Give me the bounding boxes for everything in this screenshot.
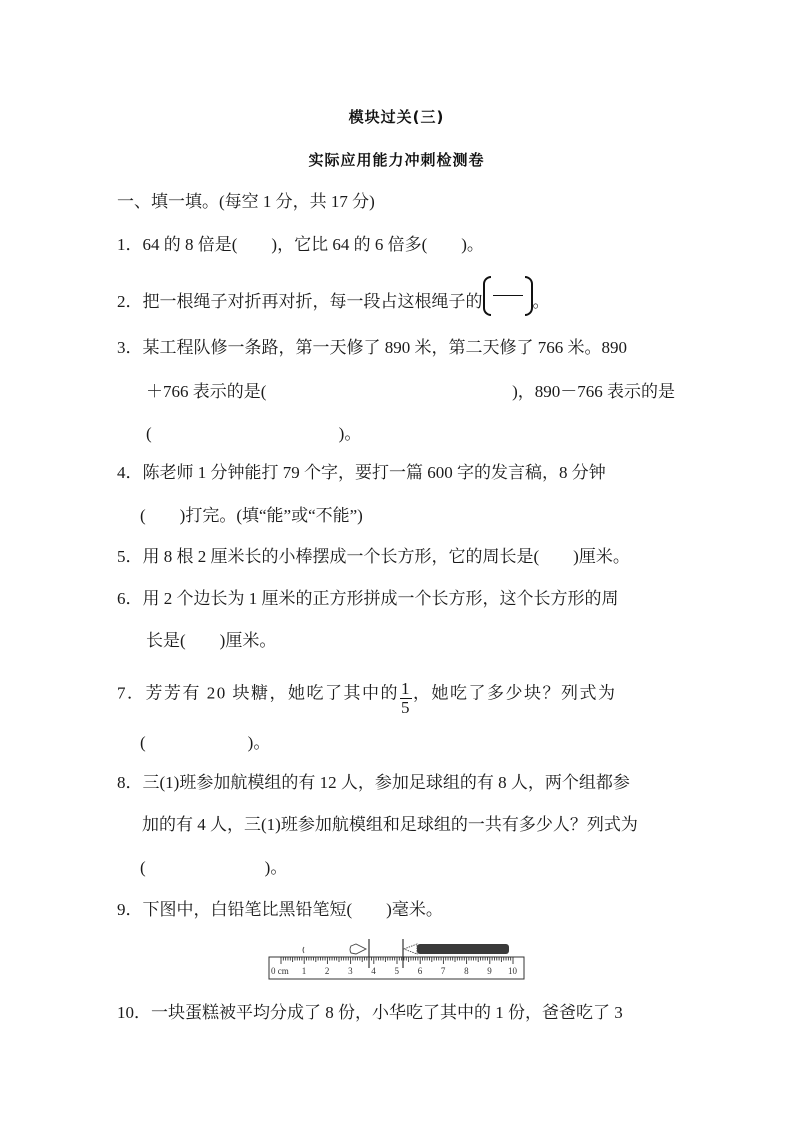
- question-number: 3．: [117, 337, 143, 359]
- question-9: 9．下图中，白铅笔比黑铅笔短( )毫米。: [117, 899, 443, 921]
- question-7-line-1: 7．芳芳有 20 块糖，她吃了其中的15，她吃了多少块？列式为: [117, 676, 617, 713]
- ruler-figure: 0 cm12345678910: [268, 938, 526, 980]
- question-text: ，她吃了多少块？列式为: [413, 683, 617, 702]
- right-paren-icon: [525, 276, 533, 316]
- question-3-line-3: ( )。: [146, 423, 361, 445]
- question-text: 芳芳有 20 块糖，她吃了其中的: [146, 683, 400, 702]
- question-1: 1．64 的 8 倍是( )，它比 64 的 6 倍多( )。: [117, 234, 484, 256]
- svg-text:0 cm: 0 cm: [271, 966, 289, 976]
- question-number: 10．: [117, 1003, 151, 1022]
- svg-text:6: 6: [418, 966, 423, 976]
- question-number: 6．: [117, 589, 143, 608]
- left-paren-icon: [483, 276, 491, 316]
- question-text: 一块蛋糕被平均分成了 8 份，小华吃了其中的 1 份，爸爸吃了 3: [151, 1003, 623, 1022]
- question-number: 9．: [117, 900, 143, 919]
- question-text-end: 。: [533, 292, 550, 311]
- page-title: 模块过关(三): [0, 106, 793, 127]
- question-3-line-2: ＋766 表示的是( )，890－766 表示的是: [146, 381, 675, 403]
- question-6-line-2: 长是( )厘米。: [146, 630, 276, 652]
- question-text: ＋766 表示的是(: [146, 381, 266, 403]
- fraction-one-fifth: 15: [400, 680, 412, 717]
- question-8-line-2: 加的有 4 人，三(1)班参加航模组和足球组的一共有多少人？列式为: [142, 814, 638, 836]
- question-3-line-1: 3．某工程队修一条路，第一天修了 890 米，第二天修了 766 米。890: [117, 337, 675, 359]
- question-text: 用 2 个边长为 1 厘米的正方形拼成一个长方形，这个长方形的周: [143, 589, 619, 608]
- question-text: 某工程队修一条路，第一天修了 890 米，第二天修了 766 米。890: [143, 337, 676, 359]
- question-text: 陈老师 1 分钟能打 79 个字，要打一篇 600 字的发言稿，8 分钟: [143, 463, 606, 482]
- question-4-line-2: ( )打完。(填“能”或“不能”): [140, 505, 363, 527]
- question-number: 5．: [117, 547, 143, 566]
- question-10-line-1: 10．一块蛋糕被平均分成了 8 份，小华吃了其中的 1 份，爸爸吃了 3: [117, 1002, 623, 1024]
- ruler-with-pencils-icon: 0 cm12345678910: [268, 938, 526, 980]
- question-2: 2．把一根绳子对折再对折，每一段占这根绳子的。: [117, 290, 550, 316]
- question-text: 用 8 根 2 厘米长的小棒摆成一个长方形，它的周长是( )厘米。: [143, 547, 630, 566]
- svg-text:3: 3: [348, 966, 353, 976]
- question-number: 2．: [117, 292, 143, 311]
- question-number: 4．: [117, 463, 143, 482]
- svg-text:4: 4: [371, 966, 376, 976]
- svg-text:8: 8: [464, 966, 469, 976]
- question-8-line-3: ( )。: [140, 857, 287, 879]
- question-7-line-2: ( )。: [140, 732, 270, 754]
- question-number: 7．: [117, 683, 146, 702]
- question-6-line-1: 6．用 2 个边长为 1 厘米的正方形拼成一个长方形，这个长方形的周: [117, 588, 619, 610]
- question-number: 1．: [117, 235, 143, 254]
- question-text: 三(1)班参加航模组的有 12 人，参加足球组的有 8 人，两个组都参: [143, 773, 630, 792]
- svg-text:10: 10: [508, 966, 518, 976]
- svg-text:9: 9: [487, 966, 492, 976]
- svg-text:5: 5: [395, 966, 400, 976]
- question-8-line-1: 8．三(1)班参加航模组的有 12 人，参加足球组的有 8 人，两个组都参: [117, 772, 630, 794]
- question-number: 8．: [117, 773, 143, 792]
- question-4-line-1: 4．陈老师 1 分钟能打 79 个字，要打一篇 600 字的发言稿，8 分钟: [117, 462, 606, 484]
- exam-page: 模块过关(三) 实际应用能力冲刺检测卷 一、填一填。(每空 1 分，共 17 分…: [0, 0, 793, 1122]
- fraction-bar: [493, 295, 523, 296]
- question-text: 下图中，白铅笔比黑铅笔短( )毫米。: [143, 900, 443, 919]
- svg-text:1: 1: [302, 966, 307, 976]
- question-text: 64 的 8 倍是( )，它比 64 的 6 倍多( )。: [143, 235, 484, 254]
- svg-text:7: 7: [441, 966, 446, 976]
- svg-text:2: 2: [325, 966, 330, 976]
- section-heading: 一、填一填。(每空 1 分，共 17 分): [117, 191, 375, 213]
- question-text: )，890－766 表示的是: [512, 381, 675, 403]
- page-subtitle: 实际应用能力冲刺检测卷: [0, 149, 793, 170]
- question-text: 把一根绳子对折再对折，每一段占这根绳子的: [143, 292, 483, 311]
- question-5: 5．用 8 根 2 厘米长的小棒摆成一个长方形，它的周长是( )厘米。: [117, 546, 630, 568]
- fraction-answer-blank[interactable]: [483, 276, 533, 316]
